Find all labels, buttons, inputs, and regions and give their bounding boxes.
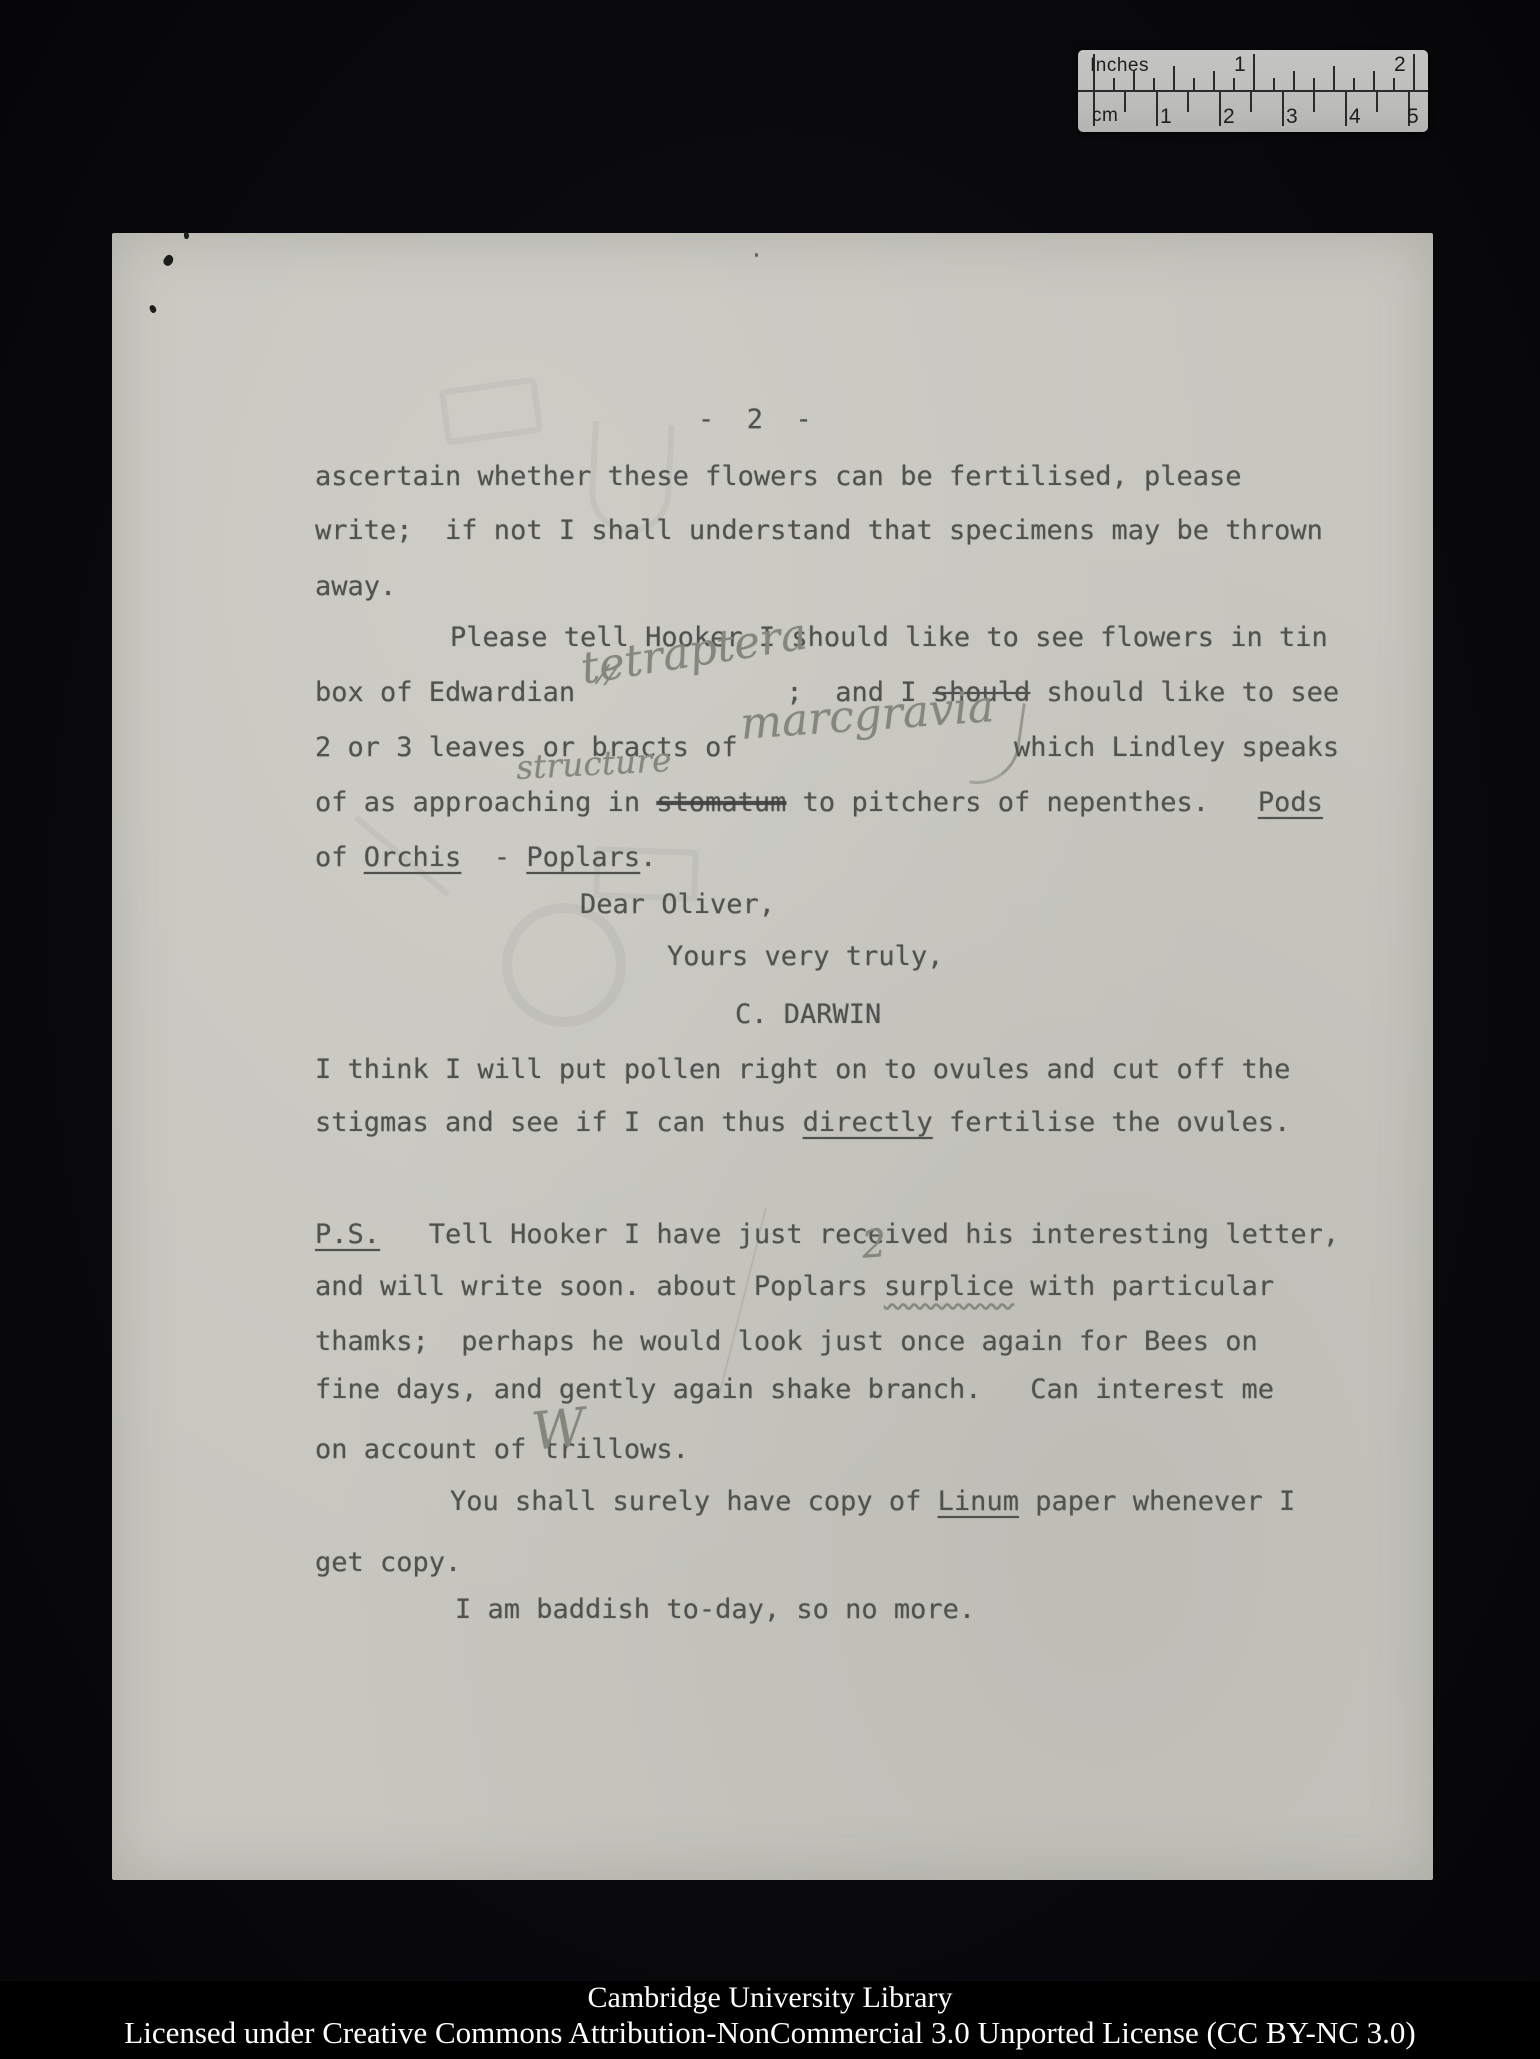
- typed-segment-u: directly: [803, 1107, 933, 1138]
- typed-segment: fertilise the ovules.: [933, 1107, 1291, 1138]
- typed-segment: of: [315, 842, 364, 873]
- attribution-footer: Cambridge University Library Licensed un…: [0, 1981, 1540, 2059]
- typed-segment: which Lindley speaks: [1014, 732, 1339, 763]
- typed-segment: fine days, and gently again shake branch…: [315, 1374, 1274, 1405]
- typed-segment: box of Edwardian: [315, 677, 575, 708]
- typed-line: write; if not I shall understand that sp…: [315, 516, 1323, 546]
- scanned-letter-page: Inches cm 1 2 1 2 3 4 5 - 2 -ascertain w…: [0, 0, 1540, 2059]
- typed-line: get copy.: [315, 1548, 461, 1578]
- footer-library-line: Cambridge University Library: [588, 1981, 953, 2015]
- typed-segment: to pitchers of nepenthes.: [786, 787, 1209, 818]
- typed-segment: paper whenever I: [1019, 1486, 1295, 1517]
- typed-line: Dear Oliver,: [580, 890, 775, 920]
- typed-line: on account of trillows.: [315, 1435, 689, 1465]
- typed-segment: away.: [315, 571, 396, 602]
- typed-segment: and will write soon. about Poplars: [315, 1271, 884, 1302]
- typed-segment: .: [640, 842, 656, 873]
- typed-segment: - 2 -: [698, 404, 812, 435]
- typed-line: fine days, and gently again shake branch…: [315, 1375, 1274, 1405]
- typed-line: ascertain whether these flowers can be f…: [315, 462, 1242, 492]
- typed-segment: You shall surely have copy of: [450, 1486, 938, 1517]
- typed-segment-wavy: surplice: [884, 1271, 1014, 1302]
- typed-segment-xx: stomatum: [656, 787, 786, 818]
- handwritten-annotation: structure: [515, 740, 672, 787]
- typed-segment: thamks; perhaps he would look just once …: [315, 1326, 1258, 1357]
- footer-license-line: Licensed under Creative Commons Attribut…: [124, 2015, 1415, 2051]
- typed-segment: on account of trillows.: [315, 1434, 689, 1465]
- typed-segment: I think I will put pollen right on to ov…: [315, 1054, 1290, 1085]
- typed-segment: C. DARWIN: [735, 999, 881, 1030]
- handwritten-annotation: 2: [860, 1221, 887, 1267]
- typed-segment: stigmas and see if I can thus: [315, 1107, 803, 1138]
- typed-segment: write; if not I shall understand that sp…: [315, 515, 1323, 546]
- typed-line: You shall surely have copy of Linum pape…: [450, 1487, 1295, 1517]
- page-number: - 2 -: [698, 405, 812, 435]
- typed-line: of as approaching in stomatum to pitcher…: [315, 788, 1323, 818]
- typed-line: and will write soon. about Poplars surpl…: [315, 1272, 1274, 1302]
- typed-segment: with particular: [1014, 1271, 1274, 1302]
- typed-segment: Dear Oliver,: [580, 889, 775, 920]
- typed-line: I am baddish to-day, so no more.: [455, 1595, 975, 1625]
- typed-segment-u: Orchis: [364, 842, 462, 873]
- typed-segment-u: Poplars: [526, 842, 640, 873]
- typed-segment: -: [461, 842, 526, 873]
- typed-segment: [1209, 787, 1258, 818]
- handwritten-annotation: ∕∕: [596, 659, 618, 691]
- typed-line: thamks; perhaps he would look just once …: [315, 1327, 1258, 1357]
- typed-segment: get copy.: [315, 1547, 461, 1578]
- typed-segment-u: Linum: [938, 1486, 1019, 1517]
- letter-text: - 2 -ascertain whether these flowers can…: [0, 0, 1540, 2059]
- typed-line: P.S. Tell Hooker I have just received hi…: [315, 1220, 1339, 1250]
- typed-line: stigmas and see if I can thus directly f…: [315, 1108, 1290, 1138]
- typed-line: away.: [315, 572, 396, 602]
- typed-line: I think I will put pollen right on to ov…: [315, 1055, 1290, 1085]
- typed-line: C. DARWIN: [735, 1000, 881, 1030]
- typed-segment: I am baddish to-day, so no more.: [455, 1594, 975, 1625]
- typed-segment: of as approaching in: [315, 787, 656, 818]
- typed-segment-u: P.S.: [315, 1219, 380, 1250]
- typed-segment: ascertain whether these flowers can be f…: [315, 461, 1242, 492]
- typed-line: Yours very truly,: [667, 942, 943, 972]
- handwritten-annotation: W: [529, 1397, 588, 1462]
- typed-line: of Orchis - Poplars.: [315, 843, 656, 873]
- typed-segment: Yours very truly,: [667, 941, 943, 972]
- typed-segment-u: Pods: [1258, 787, 1323, 818]
- typed-segment: should like to see: [1030, 677, 1339, 708]
